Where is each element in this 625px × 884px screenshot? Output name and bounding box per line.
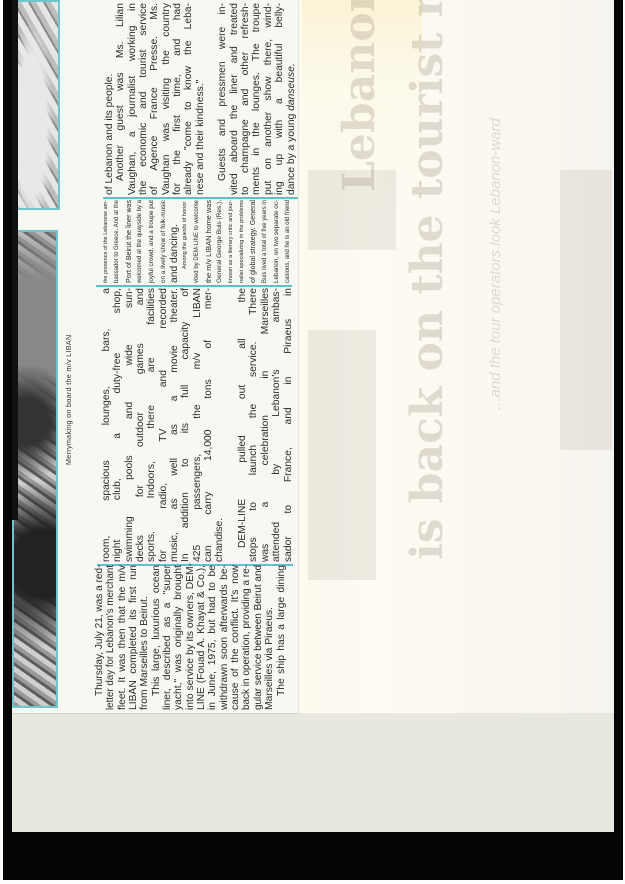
text-line: This large, luxurious ocean [151,565,162,710]
ghost-photo-block [308,330,376,580]
text-line: decks for outdoor games and [135,288,146,562]
text-line: the m/v LIBAN home was [203,200,214,283]
text-line: LIBAN completed its first run [128,565,139,710]
text-line: Guests and pressmen were in- [217,3,228,195]
text-line: into service by its owners, DEM- [185,565,196,710]
text-line: Thursday, July 21, was a red- [94,565,105,710]
article-column-2: room, spacious lounges, bars, anight clu… [101,288,294,562]
text-line: welcomed at the quayside by a [135,200,146,283]
text-line: back in operation, providing a re- [241,565,252,710]
text-line: liner, described as a "super [162,565,173,710]
column-rule [96,285,292,287]
text-line: for the first time, and had [172,3,183,195]
text-line: nese and their kindness." [195,3,206,195]
text-line: LINE (Fouad A. Khayat & Co.), [196,565,207,710]
text-line: to champagne and other refresh- [240,3,251,195]
text-line: and dancing. [169,200,180,283]
italic-word: danseuse. [286,63,297,111]
text-line: can carry 14,000 tons of mer- [203,288,214,562]
column-rule [103,197,298,199]
text-line: put on another show there, wind- [263,3,274,195]
text-line: bassador to Greece. And at the [112,200,123,283]
text-line: Among the guests of honor in- [180,200,191,283]
text-line: letter day for Lebanon's merchant [105,565,116,710]
text-line: General George Buis (Res.), [214,200,225,283]
scan-edge-shadow [12,0,18,520]
text-line: vited by DEM-LINE to welcome [192,200,203,283]
text-line: stops to launch the service. There [248,288,259,562]
paragraph-gap [206,3,217,195]
text-line: withdrawn soon afterwards be- [219,565,230,710]
text-line: of Lebanon and its people. [104,3,115,195]
text-line: 425 passengers, the m/v LIBAN [192,288,203,562]
text-line: Port of Beirut the liner was [124,200,135,283]
text-line: Lebanon, on two separate oc- [271,200,282,283]
photo-upper [12,0,60,210]
text-line: ments in the lounges. The troupe [251,3,262,195]
text-line: The ship has a large dining [276,565,287,710]
text-line: Marseilles via Piraeus. [264,565,275,710]
text-line: the economic and tourist service [138,3,149,195]
text-line: attended by Lebanon's ambas- [271,288,282,562]
text-line: dance by a young danseuse. [286,3,297,195]
text-line: joyful crowd, and a troupe put [146,200,157,283]
ghost-subtitle: ...and the tour operators look Lebanon-w… [487,118,504,410]
text-line: fleet. It was then that the m/v [117,565,128,710]
text-line: swimming pools and wide sun- [124,288,135,562]
ghost-photo-block [560,170,612,450]
text-line: DEM-LINE pulled out all the [237,288,248,562]
text-line: Buis lived a total of five years in [260,200,271,283]
text-line: for radio, TV and recorded [158,288,169,562]
text-line: Vaughan was visiting the country [161,3,172,195]
photo-lower [12,230,58,708]
text-line: the presence of the Lebanese am- [101,200,112,283]
text-line: nalist specializing in the problems [237,200,248,283]
text-line: casions, and he is an old friend [283,200,294,283]
text-line: Another guest was Ms. Lilian [115,3,126,195]
photo-caption: Merrymaking on board the m/v LIBAN [64,335,73,465]
article-column-4: of Lebanon and its people.Another guest … [104,3,297,195]
text-line: ing up with a beautiful belly- [274,3,285,195]
article-column-1: Thursday, July 21, was a red-letter day … [94,565,287,710]
text-line: from Marseilles to Beirut. [139,565,150,710]
paragraph-gap [226,288,237,562]
ghost-headline-line1: Lebanon [334,0,385,192]
text-line: already "come to know the Leba- [183,3,194,195]
text-line: in June, 1975, but had to be [207,565,218,710]
text-line: sador to France, and in Piraeus in [283,288,294,562]
text-line: vited aboard the liner and treated [229,3,240,195]
text-line: on a lively show of folk-music [158,200,169,283]
text-line: known as a literary critic and jour- [226,200,237,283]
text-line: gular service between Beirut and [253,565,264,710]
text-line: night club, a duty-free shop, [112,288,123,562]
ghost-headline-line2: is back on the tourist map [402,0,453,560]
text-line: of Agence France Presse. Ms. [149,3,160,195]
text-line: of global strategy. General [248,200,259,283]
text-line: room, spacious lounges, bars, a [101,288,112,562]
text-line: sports. Indoors, there are facilities [146,288,157,562]
text-line: was a celebration in Marseilles [260,288,271,562]
text-line: cause of the conflict. It's now [230,565,241,710]
text-line: In addition to its full capacity of [180,288,191,562]
article-column-3: the presence of the Lebanese am-bassador… [101,200,294,283]
text-line: music, as well as a movie theater. [169,288,180,562]
text-line: chandise. [214,288,225,562]
text-line: Vaughan, a journalist working in [127,3,138,195]
text-line: yacht," was originally brought [173,565,184,710]
